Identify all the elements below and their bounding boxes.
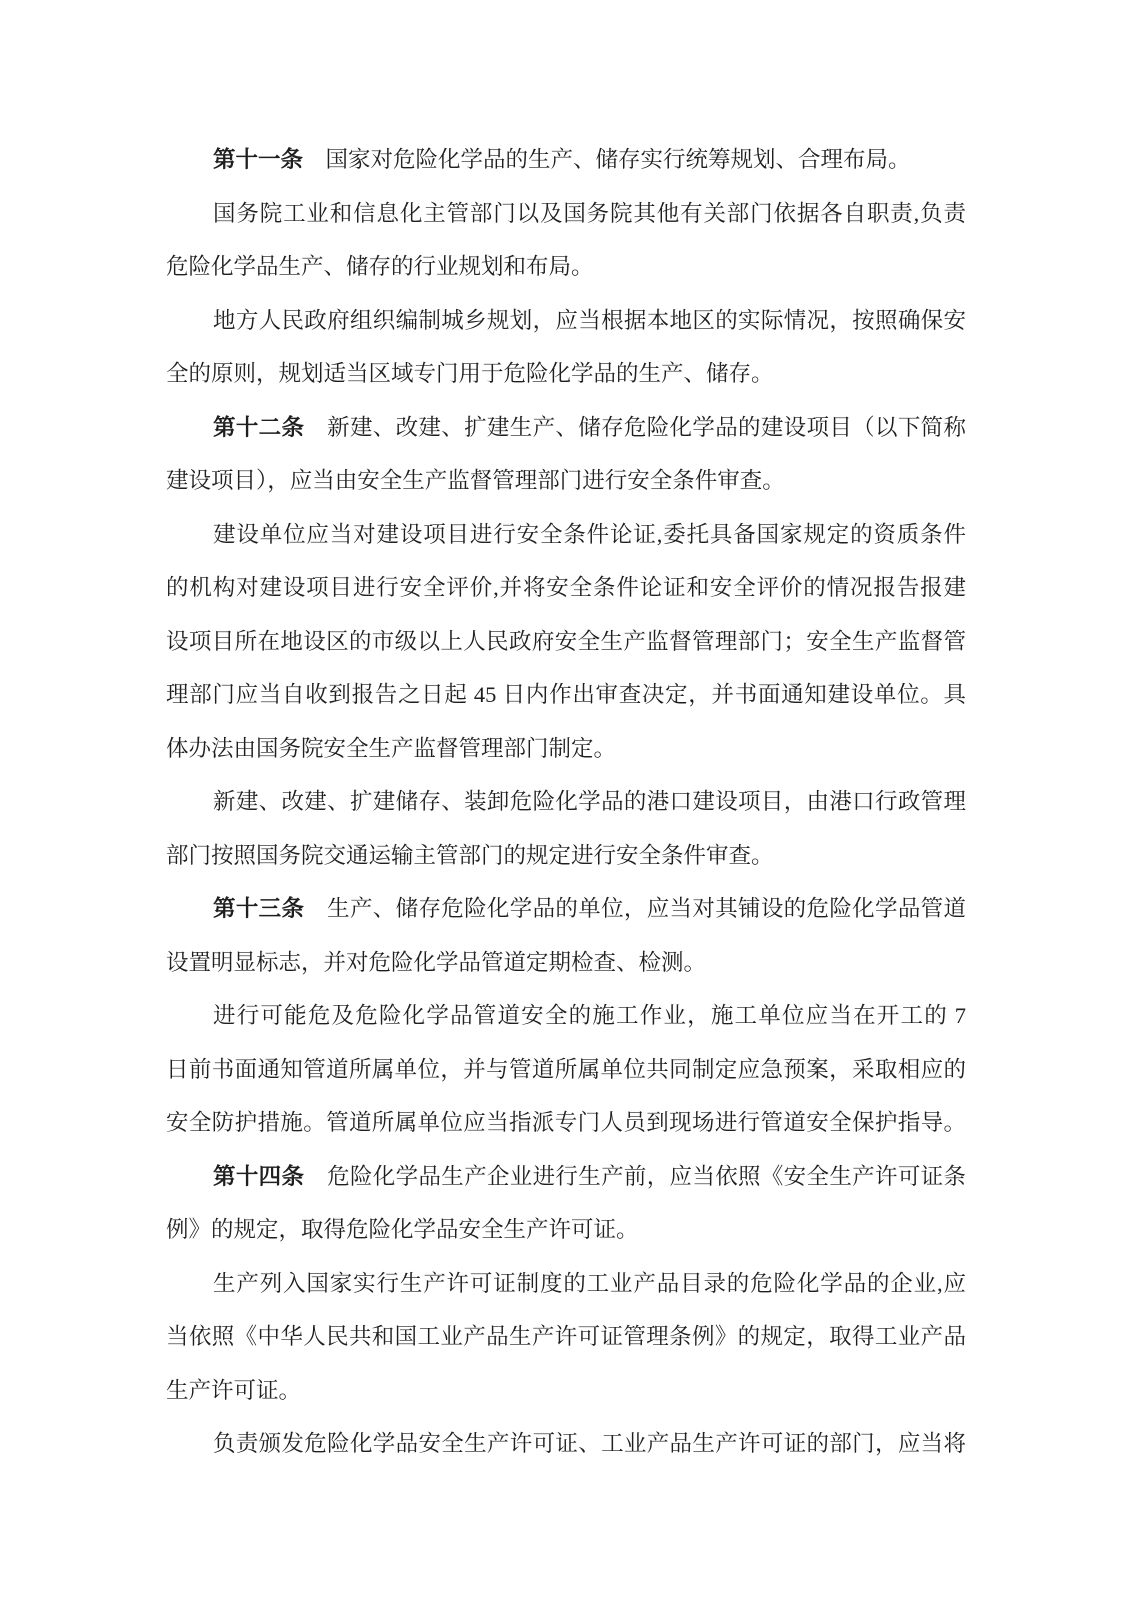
text-line: 地方人民政府组织编制城乡规划，应当根据本地区的实际情况，按照确保安: [166, 294, 966, 348]
article-number: 第十三条: [213, 896, 304, 921]
line-text: 新建、改建、扩建储存、装卸危险化学品的港口建设项目，由港口行政管理: [213, 789, 966, 814]
line-text: 建设单位应当对建设项目进行安全条件论证,委托具备国家规定的资质条件: [213, 522, 966, 547]
line-text: 当依照《中华人民共和国工业产品生产许可证管理条例》的规定，取得工业产品: [166, 1324, 966, 1349]
text-line: 第十四条 危险化学品生产企业进行生产前，应当依照《安全生产许可证条: [166, 1150, 966, 1204]
line-text: 理部门应当自收到报告之日起 45 日内作出审查决定，并书面通知建设单位。具: [166, 682, 966, 707]
line-text: 设项目所在地设区的市级以上人民政府安全生产监督管理部门；安全生产监督管: [166, 629, 966, 654]
text-line: 第十三条 生产、储存危险化学品的单位，应当对其铺设的危险化学品管道: [166, 882, 966, 936]
article-number: 第十一条: [213, 147, 303, 172]
document-text: 第十一条 国家对危险化学品的生产、储存实行统筹规划、合理布局。国务院工业和信息化…: [166, 133, 966, 1471]
text-line: 设项目所在地设区的市级以上人民政府安全生产监督管理部门；安全生产监督管: [166, 615, 966, 669]
text-line: 设置明显标志，并对危险化学品管道定期检查、检测。: [166, 936, 966, 990]
text-line: 生产列入国家实行生产许可证制度的工业产品目录的危险化学品的企业,应: [166, 1257, 966, 1311]
line-text: 负责颁发危险化学品安全生产许可证、工业产品生产许可证的部门，应当将: [213, 1431, 966, 1456]
line-text: 设置明显标志，并对危险化学品管道定期检查、检测。: [166, 950, 706, 975]
line-text: 全的原则，规划适当区域专门用于危险化学品的生产、储存。: [166, 361, 774, 386]
text-line: 当依照《中华人民共和国工业产品生产许可证管理条例》的规定，取得工业产品: [166, 1310, 966, 1364]
text-line: 理部门应当自收到报告之日起 45 日内作出审查决定，并书面通知建设单位。具: [166, 668, 966, 722]
line-text: 新建、改建、扩建生产、储存危险化学品的建设项目（以下简称: [304, 415, 966, 440]
text-line: 部门按照国务院交通运输主管部门的规定进行安全条件审查。: [166, 829, 966, 883]
text-line: 生产许可证。: [166, 1364, 966, 1418]
text-line: 日前书面通知管道所属单位，并与管道所属单位共同制定应急预案，采取相应的: [166, 1043, 966, 1097]
line-text: 生产、储存危险化学品的单位，应当对其铺设的危险化学品管道: [304, 896, 966, 921]
line-text: 建设项目），应当由安全生产监督管理部门进行安全条件审查。: [166, 468, 785, 493]
line-text: 国务院工业和信息化主管部门以及国务院其他有关部门依据各自职责,负责: [213, 201, 966, 226]
text-line: 例》的规定，取得危险化学品安全生产许可证。: [166, 1203, 966, 1257]
line-text: 地方人民政府组织编制城乡规划，应当根据本地区的实际情况，按照确保安: [213, 308, 966, 333]
text-line: 进行可能危及危险化学品管道安全的施工作业，施工单位应当在开工的 7: [166, 989, 966, 1043]
line-text: 进行可能危及危险化学品管道安全的施工作业，施工单位应当在开工的 7: [213, 1003, 966, 1028]
line-text: 日前书面通知管道所属单位，并与管道所属单位共同制定应急预案，采取相应的: [166, 1057, 966, 1082]
text-line: 危险化学品生产、储存的行业规划和布局。: [166, 240, 966, 294]
text-line: 建设单位应当对建设项目进行安全条件论证,委托具备国家规定的资质条件: [166, 508, 966, 562]
line-text: 危险化学品生产、储存的行业规划和布局。: [166, 254, 594, 279]
text-line: 负责颁发危险化学品安全生产许可证、工业产品生产许可证的部门，应当将: [166, 1417, 966, 1471]
text-line: 第十二条 新建、改建、扩建生产、储存危险化学品的建设项目（以下简称: [166, 401, 966, 455]
text-line: 体办法由国务院安全生产监督管理部门制定。: [166, 722, 966, 776]
line-text: 危险化学品生产企业进行生产前，应当依照《安全生产许可证条: [304, 1164, 966, 1189]
text-line: 全的原则，规划适当区域专门用于危险化学品的生产、储存。: [166, 347, 966, 401]
line-text: 例》的规定，取得危险化学品安全生产许可证。: [166, 1217, 639, 1242]
text-line: 新建、改建、扩建储存、装卸危险化学品的港口建设项目，由港口行政管理: [166, 775, 966, 829]
line-text: 国家对危险化学品的生产、储存实行统筹规划、合理布局。: [303, 147, 911, 172]
document-page: 第十一条 国家对危险化学品的生产、储存实行统筹规划、合理布局。国务院工业和信息化…: [0, 0, 1132, 1600]
line-text: 的机构对建设项目进行安全评价,并将安全条件论证和安全评价的情况报告报建: [166, 575, 966, 600]
line-text: 生产许可证。: [166, 1378, 301, 1403]
article-number: 第十二条: [213, 415, 304, 440]
text-line: 国务院工业和信息化主管部门以及国务院其他有关部门依据各自职责,负责: [166, 187, 966, 241]
line-text: 体办法由国务院安全生产监督管理部门制定。: [166, 736, 616, 761]
text-line: 安全防护措施。管道所属单位应当指派专门人员到现场进行管道安全保护指导。: [166, 1096, 966, 1150]
line-text: 安全防护措施。管道所属单位应当指派专门人员到现场进行管道安全保护指导。: [166, 1110, 966, 1135]
line-text: 部门按照国务院交通运输主管部门的规定进行安全条件审查。: [166, 843, 774, 868]
text-line: 建设项目），应当由安全生产监督管理部门进行安全条件审查。: [166, 454, 966, 508]
text-line: 第十一条 国家对危险化学品的生产、储存实行统筹规划、合理布局。: [166, 133, 966, 187]
line-text: 生产列入国家实行生产许可证制度的工业产品目录的危险化学品的企业,应: [213, 1271, 966, 1296]
article-number: 第十四条: [213, 1164, 304, 1189]
text-line: 的机构对建设项目进行安全评价,并将安全条件论证和安全评价的情况报告报建: [166, 561, 966, 615]
